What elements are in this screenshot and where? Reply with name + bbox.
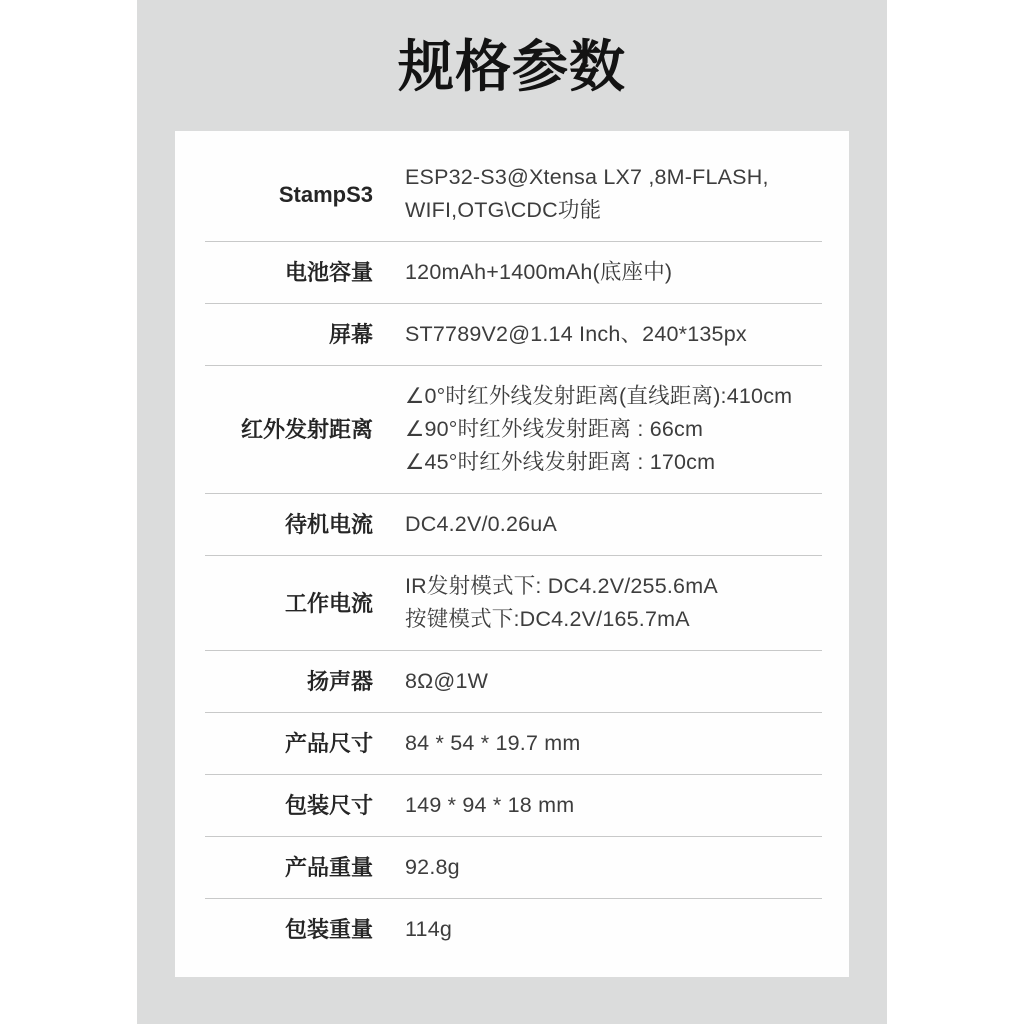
spec-row: 待机电流 DC4.2V/0.26uA (205, 494, 822, 556)
spec-value-line: 按键模式下:DC4.2V/165.7mA (405, 603, 718, 636)
spec-value-line: ∠45°时红外线发射距离 : 170cm (405, 446, 792, 479)
spec-value: IR发射模式下: DC4.2V/255.6mA按键模式下:DC4.2V/165.… (405, 570, 718, 636)
spec-sheet-canvas: 规格参数 StampS3 ESP32-S3@Xtensa LX7 ,8M-FLA… (137, 0, 887, 1024)
spec-value-line: ∠0°时红外线发射距离(直线距离):410cm (405, 380, 792, 413)
spec-row: 工作电流 IR发射模式下: DC4.2V/255.6mA按键模式下:DC4.2V… (205, 556, 822, 651)
spec-label: 电池容量 (205, 256, 373, 289)
spec-row: 屏幕 ST7789V2@1.14 Inch、240*135px (205, 304, 822, 366)
spec-label: 扬声器 (205, 665, 373, 698)
spec-value-line: WIFI,OTG\CDC功能 (405, 194, 769, 227)
spec-value: 92.8g (405, 851, 460, 884)
spec-value: DC4.2V/0.26uA (405, 508, 557, 541)
spec-label: StampS3 (205, 178, 373, 211)
spec-value-line: IR发射模式下: DC4.2V/255.6mA (405, 570, 718, 603)
spec-value-line: 92.8g (405, 851, 460, 884)
spec-value-line: ESP32-S3@Xtensa LX7 ,8M-FLASH, (405, 161, 769, 194)
spec-label: 包装重量 (205, 913, 373, 946)
spec-row: 红外发射距离 ∠0°时红外线发射距离(直线距离):410cm∠90°时红外线发射… (205, 366, 822, 494)
spec-value-line: DC4.2V/0.26uA (405, 508, 557, 541)
spec-value: 8Ω@1W (405, 665, 488, 698)
spec-value-line: 8Ω@1W (405, 665, 488, 698)
spec-value-line: ∠90°时红外线发射距离 : 66cm (405, 413, 792, 446)
spec-label: 屏幕 (205, 318, 373, 351)
spec-table: StampS3 ESP32-S3@Xtensa LX7 ,8M-FLASH,WI… (205, 147, 822, 960)
spec-label: 待机电流 (205, 508, 373, 541)
spec-label: 产品重量 (205, 851, 373, 884)
spec-value: 120mAh+1400mAh(底座中) (405, 256, 672, 289)
spec-value-line: 114g (405, 913, 452, 946)
spec-row: 产品重量 92.8g (205, 837, 822, 899)
spec-value: 114g (405, 913, 452, 946)
spec-value-line: 120mAh+1400mAh(底座中) (405, 256, 672, 289)
spec-value: 84 * 54 * 19.7 mm (405, 727, 581, 760)
spec-label: 红外发射距离 (205, 413, 373, 446)
spec-row: 扬声器 8Ω@1W (205, 651, 822, 713)
spec-row: 产品尺寸 84 * 54 * 19.7 mm (205, 713, 822, 775)
spec-value-line: 149 * 94 * 18 mm (405, 789, 574, 822)
spec-label: 工作电流 (205, 587, 373, 620)
spec-value: 149 * 94 * 18 mm (405, 789, 574, 822)
spec-row: 包装重量 114g (205, 899, 822, 960)
spec-value: ST7789V2@1.14 Inch、240*135px (405, 318, 747, 351)
spec-value: ∠0°时红外线发射距离(直线距离):410cm∠90°时红外线发射距离 : 66… (405, 380, 792, 479)
page-title: 规格参数 (137, 0, 887, 98)
spec-value-line: 84 * 54 * 19.7 mm (405, 727, 581, 760)
spec-label: 产品尺寸 (205, 727, 373, 760)
spec-value-line: ST7789V2@1.14 Inch、240*135px (405, 318, 747, 351)
spec-label: 包装尺寸 (205, 789, 373, 822)
spec-row: StampS3 ESP32-S3@Xtensa LX7 ,8M-FLASH,WI… (205, 147, 822, 242)
spec-row: 包装尺寸 149 * 94 * 18 mm (205, 775, 822, 837)
spec-card: StampS3 ESP32-S3@Xtensa LX7 ,8M-FLASH,WI… (175, 131, 849, 977)
spec-row: 电池容量 120mAh+1400mAh(底座中) (205, 242, 822, 304)
spec-value: ESP32-S3@Xtensa LX7 ,8M-FLASH,WIFI,OTG\C… (405, 161, 769, 227)
page: 规格参数 StampS3 ESP32-S3@Xtensa LX7 ,8M-FLA… (0, 0, 1024, 1024)
